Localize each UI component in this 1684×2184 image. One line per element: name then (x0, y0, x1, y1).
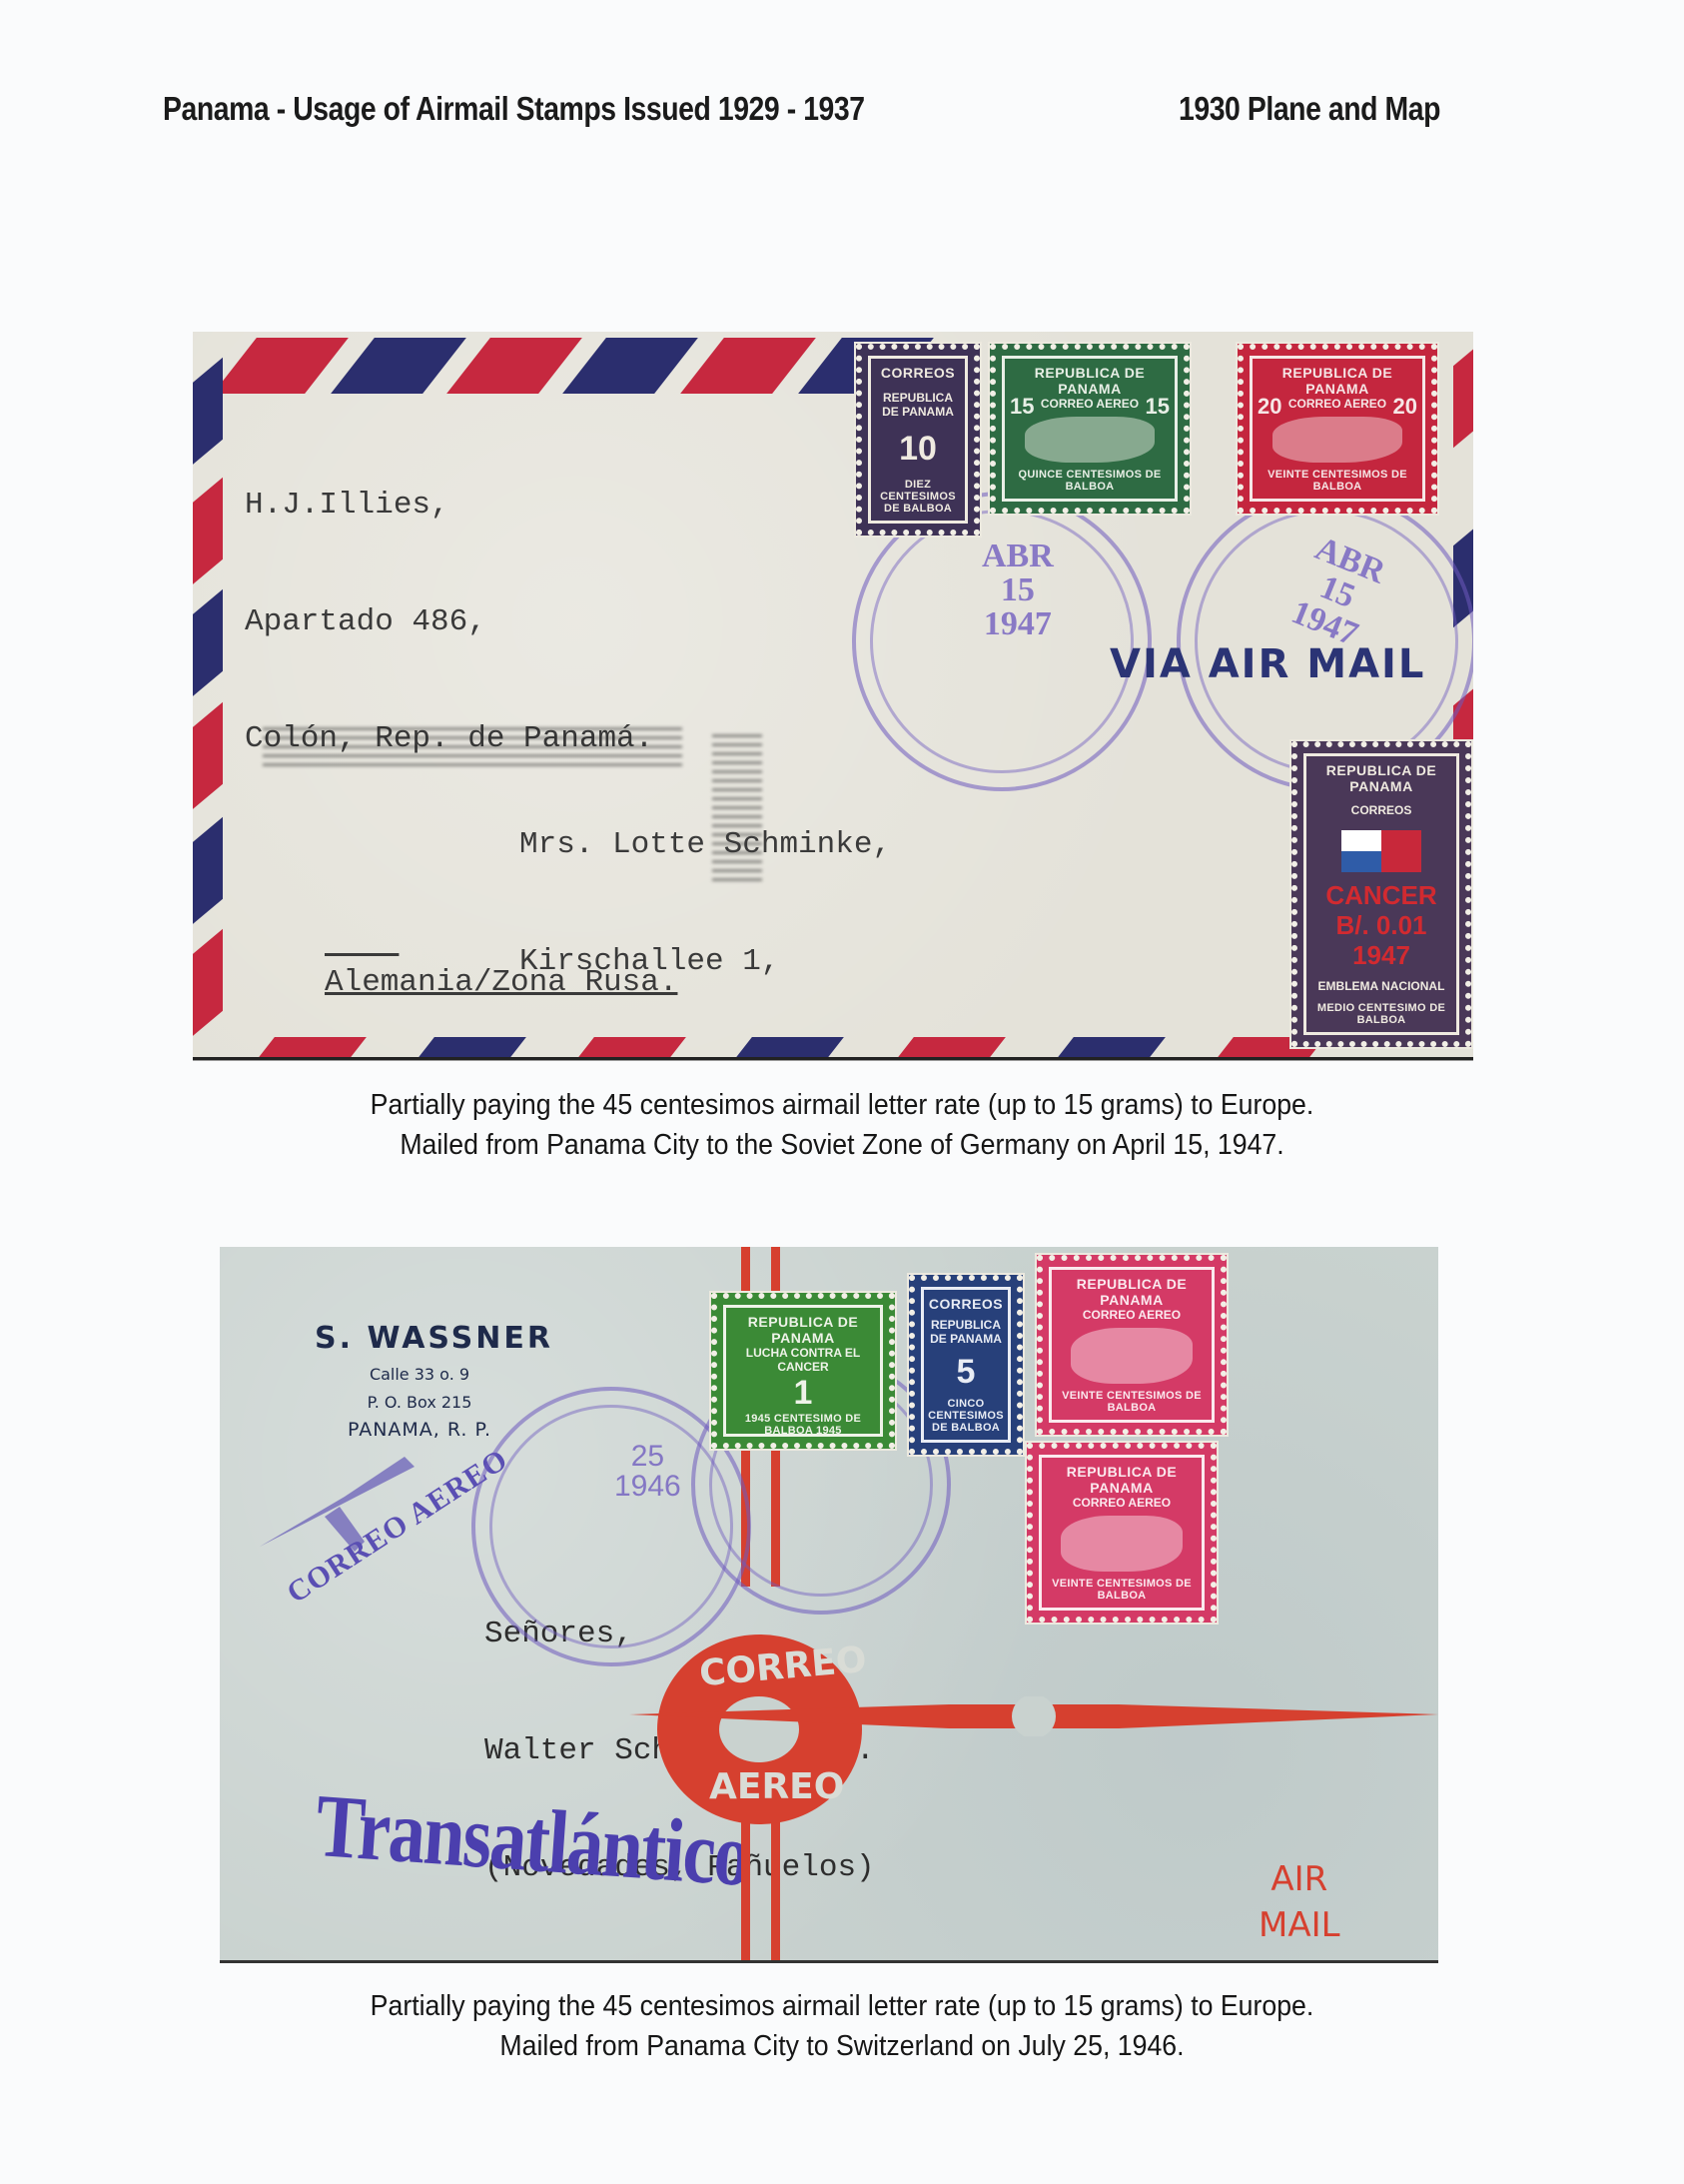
airmail-stripe (193, 929, 223, 1040)
via-air-mail-label: VIA AIR MAIL (1110, 641, 1425, 687)
page-title: Panama - Usage of Airmail Stamps Issued … (163, 90, 865, 128)
map-of-panama-icon (1272, 417, 1402, 463)
destination-lines: Alemania/Zona Rusa. Germany/Russian Zone… (325, 885, 715, 1060)
caption-line: Partially paying the 45 centesimos airma… (67, 1986, 1616, 2026)
caption-line: Mailed from Panama City to Switzerland o… (67, 2026, 1616, 2066)
cover-1-envelope: H.J.Illies, Apartado 486, Colón, Rep. de… (193, 332, 1473, 1060)
stamp-20c-plane-and-map: REPUBLICA DE PANAMA CORREO AEREO VEINTE … (1238, 344, 1437, 514)
cover-2-caption: Partially paying the 45 centesimos airma… (67, 1986, 1616, 2066)
map-of-panama-icon (1061, 1516, 1183, 1572)
airmail-stripe (562, 338, 698, 394)
caption-line: Mailed from Panama City to the Soviet Zo… (67, 1125, 1616, 1165)
letterhead-line: PANAMA, R. P. (320, 1419, 519, 1441)
stamp-5c-coat-of-arms: CORREOS REPUBLICA DE PANAMA 5 CINCO CENT… (909, 1275, 1023, 1455)
cover-1-caption: Partially paying the 45 centesimos airma… (67, 1085, 1616, 1165)
airmail-stripe (193, 589, 223, 700)
air-mail-label: AIR MAIL (1259, 1856, 1340, 1948)
recipient-line: Loebau i/Sachsen. (519, 1059, 891, 1060)
cover-2-envelope: S. WASSNER Calle 33 o. 9 P. O. Box 215 P… (220, 1247, 1438, 1963)
airmail-stripe (213, 338, 349, 394)
postmark-date: ABR 15 1947 (982, 540, 1054, 641)
airmail-stripe (193, 478, 223, 588)
airmail-stripe (1030, 1037, 1166, 1060)
airplane-wings-icon (629, 1696, 1438, 1736)
sender-line: H.J.Illies, (245, 486, 653, 525)
postmark-date: 25 1946 (614, 1442, 681, 1502)
stamp-20c-plane-and-map: REPUBLICA DE PANAMA CORREO AEREO VEINTE … (1037, 1255, 1227, 1435)
airmail-stripe (446, 338, 582, 394)
letterhead-line: P. O. Box 215 (320, 1393, 519, 1412)
airmail-stripe (1453, 338, 1473, 449)
page-subtitle: 1930 Plane and Map (1179, 90, 1440, 128)
airmail-stripe (193, 817, 223, 928)
airmail-bar (741, 1821, 750, 1961)
airmail-stripe (680, 338, 816, 394)
airmail-bar (771, 1821, 780, 1961)
stamp-20c-plane-and-map: REPUBLICA DE PANAMA CORREO AEREO VEINTE … (1027, 1443, 1217, 1623)
stamp-10c-coat-of-arms: CORREOS REPUBLICA DE PANAMA 10 DIEZ CENT… (856, 344, 980, 536)
destination-line: Alemania/Zona Rusa. (325, 963, 715, 1002)
sender-line: Apartado 486, (245, 602, 653, 641)
stamp-1c-cancer-curie: REPUBLICA DE PANAMA LUCHA CONTRA EL CANC… (711, 1293, 895, 1449)
cancer-overprint: CANCER B/. 0.01 1947 (1325, 880, 1436, 970)
map-of-panama-icon (1071, 1328, 1193, 1384)
caption-line: Partially paying the 45 centesimos airma… (67, 1085, 1616, 1125)
roundel-bottom-text: AEREO (709, 1766, 844, 1807)
recipient-line: Mrs. Lotte Schminke, (519, 825, 891, 864)
panama-flag-icon (1341, 830, 1421, 872)
stamp-15c-plane-and-map: REPUBLICA DE PANAMA CORREO AEREO QUINCE … (990, 344, 1190, 514)
stamp-half-cent-flag-cancer-overprint: REPUBLICA DE PANAMA CORREOS CANCER B/. 0… (1291, 741, 1471, 1047)
letterhead-name: S. WASSNER (315, 1321, 553, 1356)
airmail-stripe (331, 338, 466, 394)
airmail-stripe (193, 358, 223, 469)
airmail-stripe (193, 702, 223, 813)
map-of-panama-icon (1025, 417, 1155, 463)
letterhead-line: Calle 33 o. 9 (320, 1365, 519, 1384)
